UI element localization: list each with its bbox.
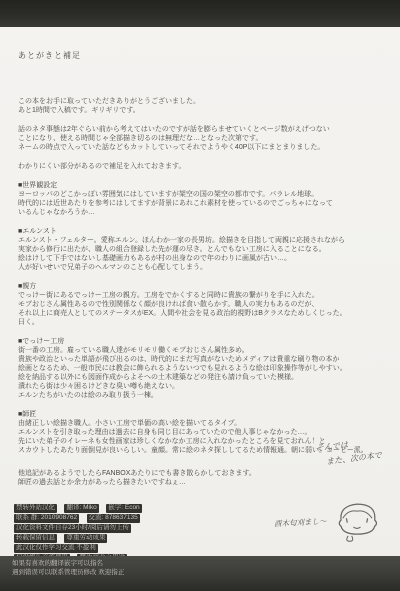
credit-line: 联系 群: 2010908762 交流: 878637135 <box>14 506 274 516</box>
scan-edge-bottom: 如果有喜欢的翻译嵌字可以指名 遇到错误可以联系管理员修改 欢迎指正 <box>0 556 400 591</box>
footer-line: 遇到错误可以联系管理员修改 欢迎指正 <box>0 568 400 577</box>
text-line: モブおじさん属性あるので性別関係なく顔が良ければ食い散らかす。職人の実力もあるの… <box>18 300 388 309</box>
section: ■親方 でっけー街にあるでっけー工房の親方。工房をでかくすると同時に貴族の繋がり… <box>18 282 388 327</box>
credit-line: 仅供娱乐交流使用 禁为商业之用途 <box>14 546 274 556</box>
section-header: ■でっけー工房 <box>18 337 388 346</box>
text-line: エルンストを引き取った理由は過去に自身も同じ目にあっていたので他人事じゃなかった… <box>18 428 388 437</box>
credit-line: 此汉化仅作学习交流 不盈利 <box>14 536 274 546</box>
sections-block: ■世界観設定 ヨーロッパのどこかっぽい雰囲気にはしていますが架空の国の架空の都市… <box>18 181 388 455</box>
page-title: あとがきと補足 <box>18 51 388 61</box>
handwritten-signature: 酉木匂刈まし〜 <box>274 516 327 530</box>
section: ■世界観設定 ヨーロッパのどこかっぽい雰囲気にはしていますが架空の国の架空の都市… <box>18 181 388 217</box>
section: ■でっけー工房 街一番の工房。雇っている職人達がモリモリ働くモブおじさん属性多め… <box>18 337 388 400</box>
text-line: 絵はけして下手ではないし基礎画力もあるが村の出身なので年のわりに画風が古い…。 <box>18 254 388 263</box>
credit-line: 禁转外站汉化 翻译: Miko 嵌字: Econ <box>14 496 274 506</box>
intro-block: この本をお手に取っていただきありがとうございました。 あと1時間で入稿です。ギリ… <box>18 97 388 171</box>
text-line: 人が好いせいで兄弟子のヘルマンのことも心配してしまう。 <box>18 263 388 272</box>
text-line: でっけー街にあるでっけー工房の親方。工房をでかくすると同時に貴族の繋がりを手に入… <box>18 291 388 300</box>
text-line: わかりにくい部分があるので補足を入れておきます。 <box>18 162 388 171</box>
section-lines: でっけー街にあるでっけー工房の親方。工房をでかくすると同時に貴族の繋がりを手に入… <box>18 291 388 327</box>
text-line: 他追記があるようでしたらFANBOXあたりにでも書き散らかしておきます。 <box>18 469 388 478</box>
content-area: あとがきと補足 この本をお手に取っていただきありがとうございました。 あと1時間… <box>0 27 400 487</box>
scan-edge-top <box>0 0 400 27</box>
chibi-face-doodle <box>330 497 384 543</box>
section-header: ■エルンスト <box>18 227 388 236</box>
text-line: 師匠の過去話とか余力があったら描きたいですねぇ… <box>18 478 388 487</box>
section-lines: エルンスト・フェルター。愛称エルン。ほんわか一家の長男坊。絵描きを目指して両親に… <box>18 236 388 272</box>
text-line: 街一番の工房。雇っている職人達がモリモリ働くモブおじさん属性多め。 <box>18 346 388 355</box>
paragraph: この本をお手に取っていただきありがとうございました。 あと1時間で入稿です。ギリ… <box>18 97 388 115</box>
text-line: 貴族や政治といった単語が飛び出るのは、時代的にまだ写真がないためメディアは貴重な… <box>18 355 388 364</box>
section-header: ■師匠 <box>18 410 388 419</box>
text-line: いるんじゃなかろうか… <box>18 208 388 217</box>
text-line: 潰れたら街は少々困るけどきな臭い噂も絶えない。 <box>18 382 388 391</box>
text-line: あと1時間で入稿です。ギリギリです。 <box>18 106 388 115</box>
section: ■エルンスト エルンスト・フェルター。愛称エルン。ほんわか一家の長男坊。絵描きを… <box>18 227 388 272</box>
text-line: ヨーロッパのどこかっぽい雰囲気にはしていますが架空の国の架空の都市です。パラレル… <box>18 190 388 199</box>
footer-notes: 如果有喜欢的翻译嵌字可以指名 遇到错误可以联系管理员修改 欢迎指正 <box>0 559 400 577</box>
text-line: ネームの時点で入っていた話などもカットしていってそれでようやく40P以下にまとま… <box>18 143 388 152</box>
footer-line: 如果有喜欢的翻译嵌字可以指名 <box>0 559 400 568</box>
section-header: ■世界観設定 <box>18 181 388 190</box>
text-line: 話のネタ事態は2年ぐらい前から考えてはいたのですが話を膨らませていくとページ数が… <box>18 125 388 134</box>
text-line: 曰く。 <box>18 318 388 327</box>
text-line: 絵を納品する以外にも図面作成からよそへの土木建築などの発注も請け負っていた模様。 <box>18 373 388 382</box>
outro-paragraph: 他追記があるようでしたらFANBOXあたりにでも書き散らかしておきます。 師匠の… <box>18 469 388 487</box>
section-lines: 街一番の工房。雇っている職人達がモリモリ働くモブおじさん属性多め。 貴族や政治と… <box>18 346 388 400</box>
text-line: エルンスト・フェルター。愛称エルン。ほんわか一家の長男坊。絵描きを目指して両親に… <box>18 236 388 245</box>
text-line: ことになり、使える時間じゃ全部描き切るのは無理だな…となった次第です。 <box>18 134 388 143</box>
text-line: 絵画となるため、一般市民には教会に飾られるようないつでも見れるような絵は印象操作… <box>18 364 388 373</box>
text-line: 由緒正しい絵描き職人。小さい工房で単価の高い絵を描いてるタイプ。 <box>18 419 388 428</box>
section-lines: ヨーロッパのどこかっぽい雰囲気にはしていますが架空の国の架空の都市です。パラレル… <box>18 190 388 217</box>
colophon-credits: 禁转外站汉化 翻译: Miko 嵌字: Econ 联系 群: 201090876… <box>14 496 274 556</box>
paragraph: わかりにくい部分があるので補足を入れておきます。 <box>18 162 388 171</box>
text-line: 時代的には近世あたりを参考にはしてますが背景にあれこれ素材を使っているのでごっち… <box>18 199 388 208</box>
credit-line: 汉化资料文件自存23小时/阅后请勿上传 <box>14 516 274 526</box>
credit-line: 转载保留信息 尊重劳动成果 <box>14 526 274 536</box>
text-line: この本をお手に取っていただきありがとうございました。 <box>18 97 388 106</box>
text-line: 実家から修行に出たが、職人の組合登録した先が運の尽き。とんでもない工房に入ること… <box>18 245 388 254</box>
section-header: ■親方 <box>18 282 388 291</box>
text-line: エルンたちがいたのは絵のみ取り扱う一棟。 <box>18 391 388 400</box>
text-line: それ以上に商売人としてのステータスがEX。人間や社会を見る政治的視野はBクラスな… <box>18 309 388 318</box>
paragraph: 話のネタ事態は2年ぐらい前から考えてはいたのですが話を膨らませていくとページ数が… <box>18 125 388 152</box>
scanned-afterword-page: あとがきと補足 この本をお手に取っていただきありがとうございました。 あと1時間… <box>0 0 400 591</box>
